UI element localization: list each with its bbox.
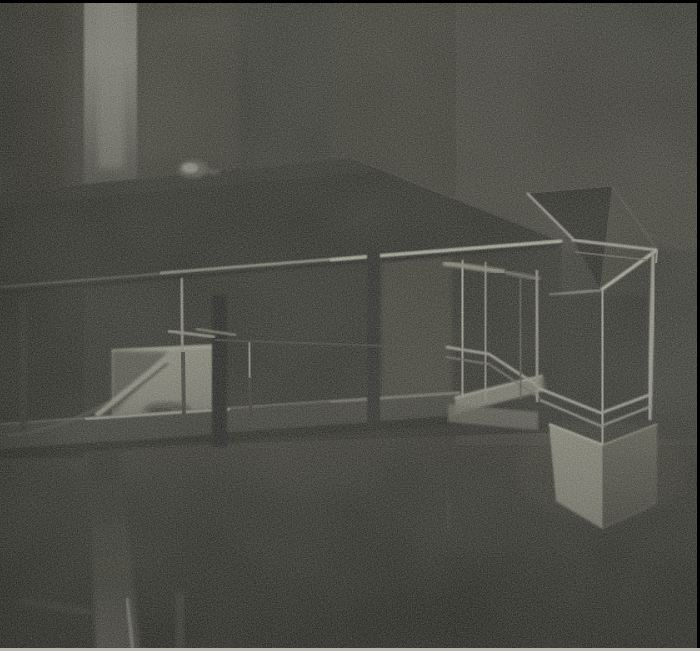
artwork <box>0 0 700 651</box>
artwork-canvas <box>0 0 700 651</box>
grain-texture <box>0 0 700 651</box>
